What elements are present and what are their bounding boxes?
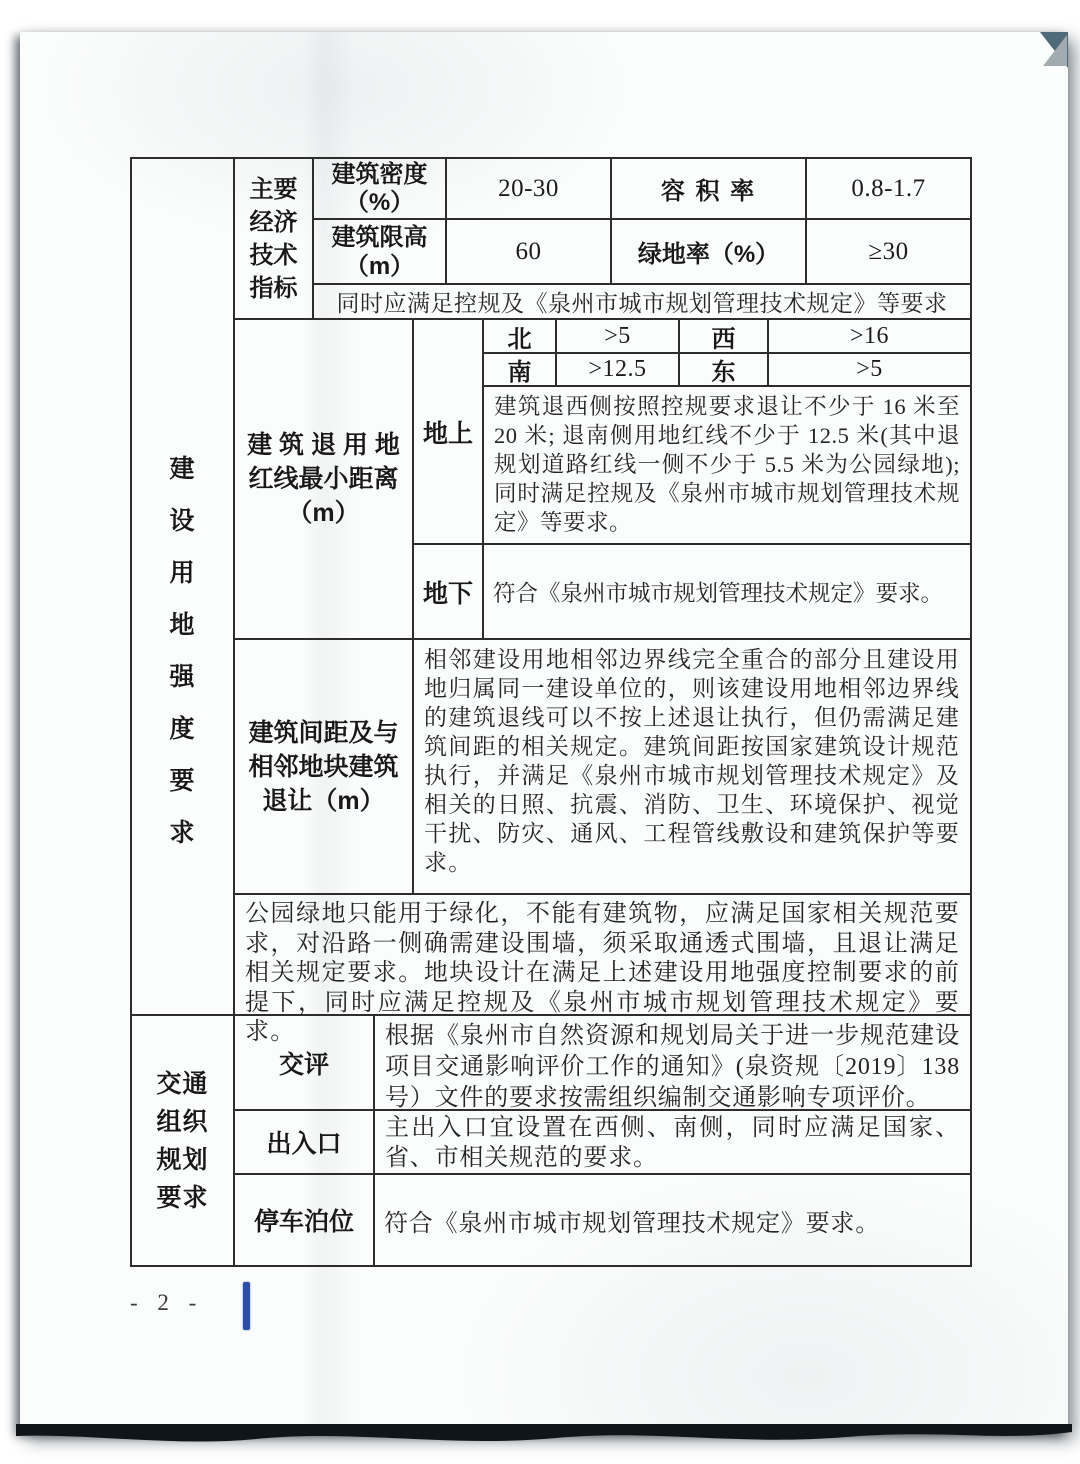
parking-text: 符合《泉州市城市规划管理技术规定》要求。 — [373, 1173, 970, 1265]
traffic-review-text: 根据《泉州市自然资源和规划局关于进一步规范建设项目交通影响评价工作的通知》(泉资… — [373, 1014, 970, 1109]
dir-south-value: >12.5 — [555, 352, 678, 385]
aboveground-text: 建筑退西侧按照控规要求退让不少于 16 米至 20 米; 退南侧用地红线不少于 … — [482, 385, 970, 543]
scanned-page-background: 建 设 用 地 强 度 要 求 交通 组织 规划 要求 主要 经济 技术 指标 … — [0, 0, 1080, 1464]
dir-north-label: 北 — [482, 318, 555, 352]
dir-east-value: >5 — [767, 352, 970, 385]
entrance-text: 主出入口宜设置在西侧、南侧，同时应满足国家、省、市相关规范的要求。 — [373, 1109, 970, 1173]
dir-west-value: >16 — [767, 318, 970, 352]
section-a-header: 建 设 用 地 强 度 要 求 — [130, 157, 233, 1014]
setback-label: 建 筑 退 用 地 红线最小距离 （m） — [233, 318, 412, 638]
planning-requirements-table: 建 设 用 地 强 度 要 求 交通 组织 规划 要求 主要 经济 技术 指标 … — [130, 157, 972, 1267]
park-green-note: 公园绿地只能用于绿化，不能有建筑物，应满足国家相关规范要求，对沿路一侧确需建设围… — [233, 893, 970, 1014]
scan-shadow-wave — [16, 1422, 1072, 1462]
paper-sheet: 建 设 用 地 强 度 要 求 交通 组织 规划 要求 主要 经济 技术 指标 … — [20, 32, 1068, 1432]
section-b-header: 交通 组织 规划 要求 — [130, 1014, 233, 1265]
dir-south-label: 南 — [482, 352, 555, 385]
parking-label: 停车泊位 — [233, 1173, 373, 1265]
green-ratio-label: 绿地率（%） — [610, 218, 805, 283]
underground-text: 符合《泉州市城市规划管理技术规定》要求。 — [482, 543, 970, 638]
traffic-review-label: 交评 — [233, 1014, 373, 1109]
econ-note: 同时应满足控规及《泉州市城市规划管理技术规定》等要求 — [312, 283, 970, 318]
green-ratio-value: ≥30 — [805, 218, 970, 283]
far-value: 0.8-1.7 — [805, 157, 970, 218]
building-spacing-label: 建筑间距及与 相邻地块建筑 退让（m） — [233, 638, 412, 893]
dir-west-label: 西 — [678, 318, 767, 352]
height-limit-value: 60 — [445, 218, 610, 283]
building-spacing-text: 相邻建设用地相邻边界线完全重合的部分且建设用地归属同一建设单位的，则该建设用地相… — [412, 638, 970, 893]
econ-indicators-label: 主要 经济 技术 指标 — [233, 157, 312, 318]
far-label: 容 积 率 — [610, 157, 805, 218]
density-value: 20-30 — [445, 157, 610, 218]
aboveground-label: 地上 — [412, 318, 482, 543]
pen-mark — [243, 1282, 250, 1330]
underground-label: 地下 — [412, 543, 482, 638]
page-number: - 2 - — [130, 1290, 203, 1316]
dir-east-label: 东 — [678, 352, 767, 385]
dir-north-value: >5 — [555, 318, 678, 352]
corner-fold-icon — [1043, 35, 1067, 66]
height-limit-label: 建筑限高 （m） — [312, 218, 445, 283]
density-label: 建筑密度 （%） — [312, 157, 445, 218]
entrance-label: 出入口 — [233, 1109, 373, 1173]
